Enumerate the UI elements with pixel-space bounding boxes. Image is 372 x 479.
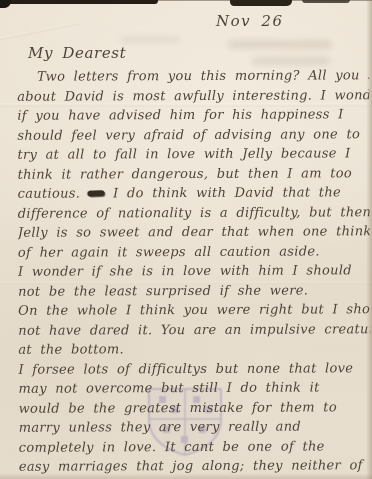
ink-showthrough-smudge bbox=[120, 36, 180, 43]
scan-edge-strip bbox=[0, 0, 158, 4]
line-text: I do think with David that the bbox=[113, 185, 341, 201]
letter-line: at the bottom. bbox=[18, 339, 370, 360]
letter-line: think it rather dangerous, but then I am… bbox=[18, 164, 370, 185]
salutation: My Dearest bbox=[28, 44, 126, 62]
letter-line: Jelly is so sweet and dear that when one… bbox=[18, 222, 370, 243]
letter-line: marry unless they are very really and bbox=[19, 417, 371, 438]
paper-edge-shadow-right bbox=[366, 0, 372, 479]
fold-crease-diagonal bbox=[0, 21, 81, 41]
scan-corner-mark bbox=[0, 0, 11, 8]
scan-edge-strip bbox=[302, 0, 350, 3]
letter-line: may not overcome but still I do think it bbox=[18, 378, 370, 399]
letter-line: about David is most awfully interesting.… bbox=[17, 86, 369, 107]
letter-line: would be the greatest mistake for them t… bbox=[19, 398, 371, 419]
scan-edge-strip bbox=[230, 0, 292, 6]
ink-showthrough-smudge bbox=[228, 40, 332, 49]
letter-line: try at all to fall in love with Jelly be… bbox=[17, 144, 369, 165]
letter-page: Nov 26 My Dearest Two letters from you t… bbox=[0, 0, 372, 479]
ink-showthrough-smudge bbox=[252, 57, 330, 65]
line-text: cautious. bbox=[18, 186, 81, 201]
letter-line: if you have advised him for his happines… bbox=[17, 105, 369, 126]
letter-line: completely in love. It cant be one of th… bbox=[19, 437, 371, 458]
paper-edge-shadow-bottom bbox=[0, 473, 372, 479]
letter-line: of her again it sweeps all caution aside… bbox=[18, 242, 370, 263]
letter-line: I forsee lots of difficultys but none th… bbox=[18, 359, 370, 380]
letter-date: Nov 26 bbox=[216, 12, 284, 30]
letter-line: should feel very afraid of advising any … bbox=[17, 125, 369, 146]
letter-line: On the whole I think you were right but … bbox=[18, 300, 370, 321]
letter-line: cautious.I do think with David that the bbox=[18, 183, 370, 204]
letter-line: I wonder if she is in love with him I sh… bbox=[18, 261, 370, 282]
letter-line: not be the least surprised if she were. bbox=[18, 281, 370, 302]
letter-body: Two letters from you this morning? All y… bbox=[17, 66, 371, 477]
letter-line: difference of nationality is a difficult… bbox=[18, 203, 370, 224]
letter-line: not have dared it. You are an impulsive … bbox=[18, 320, 370, 341]
crossed-out-word bbox=[87, 190, 104, 197]
letter-line: Two letters from you this morning? All y… bbox=[17, 66, 369, 87]
